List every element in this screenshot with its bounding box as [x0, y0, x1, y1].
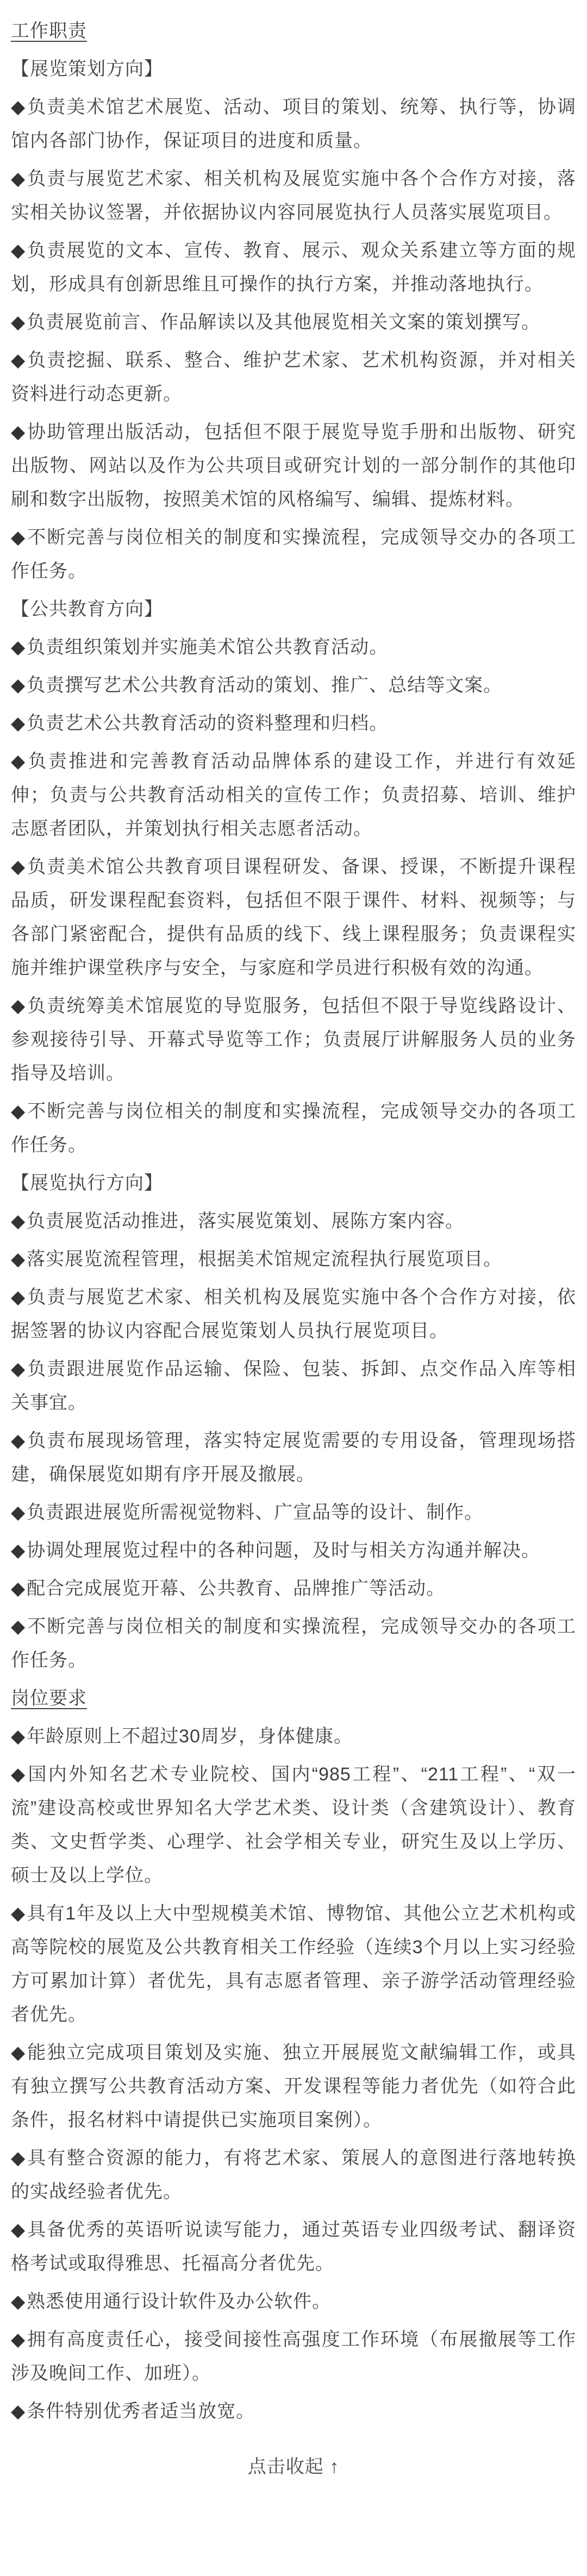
bullet-item: ◆国内外知名艺术专业院校、国内“985工程”、“211工程”、“双一流”建设高校…	[11, 1758, 576, 1892]
bullet-item: ◆负责跟进展览所需视觉物料、广宣品等的设计、制作。	[11, 1496, 576, 1529]
bullet-text: 负责撰写艺术公共教育活动的策划、推广、总结等文案。	[27, 675, 502, 696]
bullet-text: 负责挖掘、联系、整合、维护艺术家、艺术机构资源，并对相关资料进行动态更新。	[11, 350, 576, 404]
bullet-text: 协调处理展览过程中的各种问题，及时与相关方沟通并解决。	[27, 1540, 540, 1561]
bullet-text: 不断完善与岗位相关的制度和实操流程，完成领导交办的各项工作任务。	[11, 1101, 576, 1155]
diamond-bullet-icon: ◆	[11, 1249, 26, 1270]
bullet-text: 年龄原则上不超过30周岁，身体健康。	[27, 1726, 353, 1747]
bullet-text: 具有1年及以上大中型规模美术馆、博物馆、其他公立艺术机构或高等院校的展览及公共教…	[11, 1903, 576, 2025]
bullet-text: 不断完善与岗位相关的制度和实操流程，完成领导交办的各项工作任务。	[11, 1616, 576, 1671]
bullet-item: ◆负责组织策划并实施美术馆公共教育活动。	[11, 630, 576, 664]
diamond-bullet-icon: ◆	[11, 312, 26, 333]
bullet-item: ◆年龄原则上不超过30周岁，身体健康。	[11, 1720, 576, 1753]
bullet-text: 国内外知名艺术专业院校、国内“985工程”、“211工程”、“双一流”建设高校或…	[11, 1764, 576, 1886]
bullet-text: 具有整合资源的能力，有将艺术家、策展人的意图进行落地转换的实战经验者优先。	[11, 2148, 576, 2202]
diamond-bullet-icon: ◆	[11, 422, 26, 442]
bullet-text: 条件特别优秀者适当放宽。	[27, 2401, 255, 2422]
diamond-bullet-icon: ◆	[11, 1616, 26, 1637]
bullet-item: ◆协助管理出版活动，包括但不限于展览导览手册和出版物、研究出版物、网站以及作为公…	[11, 415, 576, 516]
diamond-bullet-icon: ◆	[11, 713, 26, 734]
bullet-item: ◆负责跟进展览作品运输、保险、包装、拆卸、点交作品入库等相关事宜。	[11, 1352, 576, 1420]
bullet-item: ◆负责与展览艺术家、相关机构及展览实施中各个合作方对接，依据签署的协议内容配合展…	[11, 1280, 576, 1348]
job-posting-page: 工作职责【展览策划方向】◆负责美术馆艺术展览、活动、项目的策划、统筹、执行等，协…	[0, 0, 587, 2576]
bullet-item: ◆条件特别优秀者适当放宽。	[11, 2394, 576, 2428]
bullet-item: ◆负责撰写艺术公共教育活动的策划、推广、总结等文案。	[11, 668, 576, 702]
diamond-bullet-icon: ◆	[11, 1359, 26, 1379]
bullet-text: 熟悉使用通行设计软件及办公软件。	[27, 2291, 331, 2312]
direction-subheading: 【展览策划方向】	[11, 52, 576, 86]
diamond-bullet-icon: ◆	[11, 97, 26, 117]
bullet-item: ◆落实展览流程管理，根据美术馆规定流程执行展览项目。	[11, 1242, 576, 1276]
bullet-item: ◆不断完善与岗位相关的制度和实操流程，完成领导交办的各项工作任务。	[11, 521, 576, 588]
bullet-item: ◆拥有高度责任心，接受间接性高强度工作环境（布展撤展等工作涉及晚间工作、加班）。	[11, 2323, 576, 2390]
diamond-bullet-icon: ◆	[11, 996, 26, 1016]
diamond-bullet-icon: ◆	[11, 168, 26, 189]
diamond-bullet-icon: ◆	[11, 1578, 26, 1599]
diamond-bullet-icon: ◆	[11, 1101, 26, 1122]
job-description: 工作职责【展览策划方向】◆负责美术馆艺术展览、活动、项目的策划、统筹、执行等，协…	[11, 14, 576, 2428]
collapse-toggle[interactable]: 点击收起 ↑	[248, 2456, 339, 2477]
diamond-bullet-icon: ◆	[11, 1287, 26, 1308]
bullet-item: ◆熟悉使用通行设计软件及办公软件。	[11, 2285, 576, 2318]
bullet-text: 落实展览流程管理，根据美术馆规定流程执行展览项目。	[27, 1249, 502, 1270]
diamond-bullet-icon: ◆	[11, 1211, 26, 1231]
bullet-text: 能独立完成项目策划及实施、独立开展展览文献编辑工作，或具有独立撰写公共教育活动方…	[11, 2042, 576, 2130]
bullet-text: 负责与展览艺术家、相关机构及展览实施中各个合作方对接，落实相关协议签署，并依据协…	[11, 168, 576, 223]
bullet-text: 负责跟进展览作品运输、保险、包装、拆卸、点交作品入库等相关事宜。	[11, 1359, 576, 1413]
diamond-bullet-icon: ◆	[11, 1726, 26, 1747]
diamond-bullet-icon: ◆	[11, 240, 26, 261]
diamond-bullet-icon: ◆	[11, 527, 26, 548]
bullet-item: ◆负责布展现场管理，落实特定展览需要的专用设备，管理现场搭建，确保展览如期有序开…	[11, 1424, 576, 1491]
bullet-item: ◆负责美术馆公共教育项目课程研发、备课、授课，不断提升课程品质，研发课程配套资料…	[11, 850, 576, 985]
bullet-text: 负责展览前言、作品解读以及其他展览相关文案的策划撰写。	[27, 312, 540, 333]
diamond-bullet-icon: ◆	[11, 1430, 26, 1451]
bullet-item: ◆协调处理展览过程中的各种问题，及时与相关方沟通并解决。	[11, 1534, 576, 1567]
bullet-item: ◆配合完成展览开幕、公共教育、品牌推广等活动。	[11, 1572, 576, 1605]
bullet-item: ◆负责展览活动推进，落实展览策划、展陈方案内容。	[11, 1204, 576, 1238]
bullet-text: 负责美术馆艺术展览、活动、项目的策划、统筹、执行等，协调馆内各部门协作，保证项目…	[11, 97, 576, 151]
bullet-item: ◆负责美术馆艺术展览、活动、项目的策划、统筹、执行等，协调馆内各部门协作，保证项…	[11, 90, 576, 158]
bullet-text: 负责与展览艺术家、相关机构及展览实施中各个合作方对接，依据签署的协议内容配合展览…	[11, 1287, 576, 1341]
diamond-bullet-icon: ◆	[11, 2401, 26, 2422]
footer: 点击收起 ↑	[11, 2450, 576, 2484]
section-title: 工作职责	[11, 14, 576, 48]
bullet-text: 具备优秀的英语听说读写能力，通过英语专业四级考试、翻译资格考试或取得雅思、托福高…	[11, 2219, 576, 2274]
bullet-item: ◆不断完善与岗位相关的制度和实操流程，完成领导交办的各项工作任务。	[11, 1095, 576, 1162]
bullet-item: ◆不断完善与岗位相关的制度和实操流程，完成领导交办的各项工作任务。	[11, 1610, 576, 1677]
bullet-text: 负责统筹美术馆展览的导览服务，包括但不限于导览线路设计、参观接待引导、开幕式导览…	[11, 996, 576, 1084]
diamond-bullet-icon: ◆	[11, 2291, 26, 2312]
diamond-bullet-icon: ◆	[11, 675, 26, 696]
bullet-text: 拥有高度责任心，接受间接性高强度工作环境（布展撤展等工作涉及晚间工作、加班）。	[11, 2329, 576, 2384]
bullet-item: ◆负责挖掘、联系、整合、维护艺术家、艺术机构资源，并对相关资料进行动态更新。	[11, 343, 576, 411]
diamond-bullet-icon: ◆	[11, 2329, 26, 2350]
diamond-bullet-icon: ◆	[11, 751, 27, 772]
bullet-text: 配合完成展览开幕、公共教育、品牌推广等活动。	[27, 1578, 445, 1599]
bullet-item: ◆具有整合资源的能力，有将艺术家、策展人的意图进行落地转换的实战经验者优先。	[11, 2141, 576, 2209]
bullet-text: 负责跟进展览所需视觉物料、广宣品等的设计、制作。	[27, 1502, 483, 1523]
bullet-text: 负责展览的文本、宣传、教育、展示、观众关系建立等方面的规划，形成具有创新思维且可…	[11, 240, 576, 295]
diamond-bullet-icon: ◆	[11, 2042, 26, 2063]
bullet-text: 负责组织策划并实施美术馆公共教育活动。	[27, 637, 388, 658]
bullet-text: 负责布展现场管理，落实特定展览需要的专用设备，管理现场搭建，确保展览如期有序开展…	[11, 1430, 576, 1485]
bullet-text: 负责展览活动推进，落实展览策划、展陈方案内容。	[27, 1211, 464, 1231]
bullet-item: ◆具备优秀的英语听说读写能力，通过英语专业四级考试、翻译资格考试或取得雅思、托福…	[11, 2213, 576, 2280]
bullet-text: 协助管理出版活动，包括但不限于展览导览手册和出版物、研究出版物、网站以及作为公共…	[11, 422, 576, 510]
diamond-bullet-icon: ◆	[11, 1903, 26, 1924]
diamond-bullet-icon: ◆	[11, 350, 26, 371]
diamond-bullet-icon: ◆	[11, 2219, 26, 2240]
diamond-bullet-icon: ◆	[11, 856, 26, 877]
diamond-bullet-icon: ◆	[11, 2148, 26, 2168]
diamond-bullet-icon: ◆	[11, 1764, 27, 1785]
bullet-item: ◆负责展览的文本、宣传、教育、展示、观众关系建立等方面的规划，形成具有创新思维且…	[11, 234, 576, 301]
direction-subheading: 【展览执行方向】	[11, 1166, 576, 1200]
bullet-item: ◆负责与展览艺术家、相关机构及展览实施中各个合作方对接，落实相关协议签署，并依据…	[11, 162, 576, 229]
bullet-text: 负责美术馆公共教育项目课程研发、备课、授课，不断提升课程品质，研发课程配套资料，…	[11, 856, 576, 978]
bullet-item: ◆负责统筹美术馆展览的导览服务，包括但不限于导览线路设计、参观接待引导、开幕式导…	[11, 989, 576, 1090]
bullet-item: ◆负责艺术公共教育活动的资料整理和归档。	[11, 706, 576, 740]
diamond-bullet-icon: ◆	[11, 1502, 26, 1523]
bullet-item: ◆能独立完成项目策划及实施、独立开展展览文献编辑工作，或具有独立撰写公共教育活动…	[11, 2036, 576, 2137]
bullet-text: 不断完善与岗位相关的制度和实操流程，完成领导交办的各项工作任务。	[11, 527, 576, 582]
diamond-bullet-icon: ◆	[11, 637, 26, 658]
section-title: 岗位要求	[11, 1681, 576, 1715]
direction-subheading: 【公共教育方向】	[11, 592, 576, 626]
bullet-text: 负责推进和完善教育活动品牌体系的建设工作，并进行有效延伸；负责与公共教育活动相关…	[11, 751, 576, 839]
bullet-item: ◆负责展览前言、作品解读以及其他展览相关文案的策划撰写。	[11, 305, 576, 339]
bullet-item: ◆具有1年及以上大中型规模美术馆、博物馆、其他公立艺术机构或高等院校的展览及公共…	[11, 1897, 576, 2031]
bullet-text: 负责艺术公共教育活动的资料整理和归档。	[27, 713, 388, 734]
diamond-bullet-icon: ◆	[11, 1540, 26, 1561]
bullet-item: ◆负责推进和完善教育活动品牌体系的建设工作，并进行有效延伸；负责与公共教育活动相…	[11, 745, 576, 846]
